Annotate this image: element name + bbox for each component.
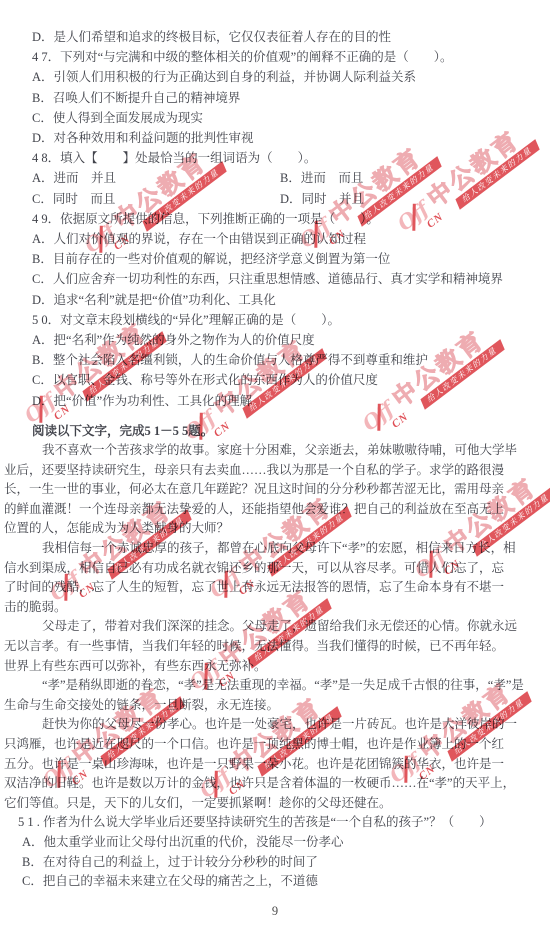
passage-line: 只鸿雁，也许是近在咫尺的一个口信。也许是一顶纯黑的博士帽，也许是作业簿上的一个红	[4, 735, 538, 755]
passage-line: 长，一生一世的事业，何必太在意几年蹉跎？况且这时间的分分秒秒都苦涩无比，需用母亲	[4, 480, 538, 500]
passage-line: 业后，还要坚持读研究生，母亲只有去卖血……我以为那是一个自私的学子。求学的路很漫	[4, 461, 538, 481]
passage-line: 世界上有些东西可以弥补，有些东西永无弥补。	[4, 657, 538, 677]
option-line: C．使人得到全面发展成为现实	[4, 108, 538, 128]
option-line: D．把“价值”作为功利性、工具化的理解	[4, 391, 538, 411]
passage-line: 我相信每一个赤诚忠厚的孩子，都曾在心底向父母许下“孝”的宏愿，相信来日方长，相	[4, 539, 538, 559]
option-line: C．把自己的幸福未来建立在父母的痛苦之上，不道德	[4, 872, 538, 892]
option-line: C．以官职、金钱、称号等外在形式化的东西作为人的价值尺度	[4, 370, 538, 390]
question-stem: 5 0．对文章末段划横线的“异化”理解正确的是（ ）。	[4, 310, 538, 330]
passage-line: 它们等值。只是，天下的儿女们，一定要抓紧啊！趁你的父母还健在。	[4, 794, 538, 814]
question-stem: 4 9．依据原文所提供的信息，下列推断正确的一项是（ ）。	[4, 209, 538, 229]
passage-line: 位置的人，怎能成为为人类献身的大师？	[4, 519, 538, 539]
option-line: B．整个社会陷入名缰利锁，人的生命价值与人格尊严得不到尊重和维护	[4, 350, 538, 370]
passage-line: 父母走了，带着对我们深深的挂念。父母走了，遗留给我们永无偿还的心情。你就永远	[4, 617, 538, 637]
option-line: B．进而 而且	[280, 168, 538, 188]
question-stem: 4 8．填入【 】处最恰当的一组词语为（ ）。	[4, 148, 538, 168]
option-line: A．他太重学业而让父母付出沉重的代价，没能尽一份孝心	[4, 833, 538, 853]
question-stem: 5 1 . 作者为什么说大学毕业后还要坚持读研究生的苦孩是“一个自私的孩子”？（…	[4, 813, 538, 833]
passage-paragraph: 我不喜欢一个苦孩求学的故事。家庭十分困难，父亲逝去，弟妹嗷嗷待哺，可他大学毕业后…	[4, 441, 538, 539]
option-line: C．同时 而且	[32, 189, 280, 209]
option-line: A．进而 并且	[32, 168, 280, 188]
passage-line: 了时间的残酷，忘了人生的短暂，忘了世上有永远无法报答的恩情，忘了生命本身有不堪一	[4, 578, 538, 598]
option-line: A．把“名利”作为纯然的身外之物作为人的价值尺度	[4, 330, 538, 350]
option-line: C．人们应舍弃一切功利性的东西，只注重思想情感、道德品行、真才实学和精神境界	[4, 269, 538, 289]
exam-page: OffCN中公教育给人改变未来的力量OffCN中公教育给人改变未来的力量OffC…	[0, 0, 550, 927]
passage-paragraph: 赶快为你的父母尽一份孝心。也许是一处豪宅，也许是一片砖瓦。也许是大洋彼岸的一只鸿…	[4, 715, 538, 813]
passage-paragraph: “孝”是稍纵即逝的眷恋，“孝”是无法重现的幸福。“孝”是一失足成千古恨的往事，“…	[4, 676, 538, 715]
passage-paragraph: 父母走了，带着对我们深深的挂念。父母走了，遗留给我们永无偿还的心情。你就永远无以…	[4, 617, 538, 676]
question-51-block: 5 1 . 作者为什么说大学毕业后还要坚持读研究生的苦孩是“一个自私的孩子”？（…	[4, 813, 538, 891]
passage-line: 双洁净的旧鞋。也许是数以万计的金钱，也许只是含着体温的一枚硬币……在“孝”的天平…	[4, 774, 538, 794]
option-line: A．人们对价值观的界说，存在一个由错误到正确的认知过程	[4, 229, 538, 249]
option-line: D．对各种效用和利益问题的批判性审视	[4, 128, 538, 148]
passage-line: 我不喜欢一个苦孩求学的故事。家庭十分困难，父亲逝去，弟妹嗷嗷待哺，可他大学毕	[4, 441, 538, 461]
passage-line: 的鲜血灌溉！一个连母亲都无法挚爱的人，还能指望他会爱谁？把自己的利益放在至高无上	[4, 500, 538, 520]
passage-line: 赶快为你的父母尽一份孝心。也许是一处豪宅，也许是一片砖瓦。也许是大洋彼岸的一	[4, 715, 538, 735]
option-line: B．目前存在的一些对价值观的解说，把经济学意义倒置为第一位	[4, 249, 538, 269]
option-line: D．是人们希望和追求的终极目标，它仅仅表征着人存在的目的性	[4, 27, 538, 47]
option-pair-row: A．进而 并且B．进而 而且	[4, 168, 538, 188]
option-line: A．引领人们用积极的行为正确达到自身的利益，并协调人际利益关系	[4, 67, 538, 87]
option-pair-row: C．同时 而且D．同时 并且	[4, 189, 538, 209]
reading-passage: 我不喜欢一个苦孩求学的故事。家庭十分困难，父亲逝去，弟妹嗷嗷待哺，可他大学毕业后…	[4, 441, 538, 813]
passage-line: 生命与生命交接处的链条，一旦断裂，永无连接。	[4, 696, 538, 716]
option-line: B．召唤人们不断提升自己的精神境界	[4, 88, 538, 108]
page-number: 9	[0, 904, 550, 919]
passage-line: 信水到渠成，相信自己必有功成名就衣锦还乡的那一天，可以从容尽孝。可惜人们忘了，忘	[4, 559, 538, 579]
question-stem: 4 7．下列对“与完满和中级的整体相关的价值观”的阐释不正确的是（ ）。	[4, 47, 538, 67]
questions-block: D．是人们希望和追求的终极目标，它仅仅表征着人存在的目的性4 7．下列对“与完满…	[4, 27, 538, 411]
passage-line: 击的脆弱。	[4, 598, 538, 618]
option-line: D．追求“名利”就是把“价值”功利化、工具化	[4, 290, 538, 310]
option-line: D．同时 并且	[280, 189, 538, 209]
page-content: D．是人们希望和追求的终极目标，它仅仅表征着人存在的目的性4 7．下列对“与完满…	[0, 0, 550, 892]
option-line: B．在对待自己的利益上，过于计较分分秒秒的时间了	[4, 853, 538, 873]
reading-section-title: 阅读以下文字，完成5 1－5 5题。	[4, 421, 538, 441]
passage-line: 无以言孝。有一些事情，当我们年轻的时候，无法懂得。当我们懂得的时候，已不再年轻。	[4, 637, 538, 657]
passage-line: “孝”是稍纵即逝的眷恋，“孝”是无法重现的幸福。“孝”是一失足成千古恨的往事，“…	[4, 676, 538, 696]
passage-paragraph: 我相信每一个赤诚忠厚的孩子，都曾在心底向父母许下“孝”的宏愿，相信来日方长，相信…	[4, 539, 538, 617]
passage-line: 五分。也许是一桌山珍海味，也许是一只野果一朵小花。也许是花团锦簇的华衣，也许是一	[4, 755, 538, 775]
